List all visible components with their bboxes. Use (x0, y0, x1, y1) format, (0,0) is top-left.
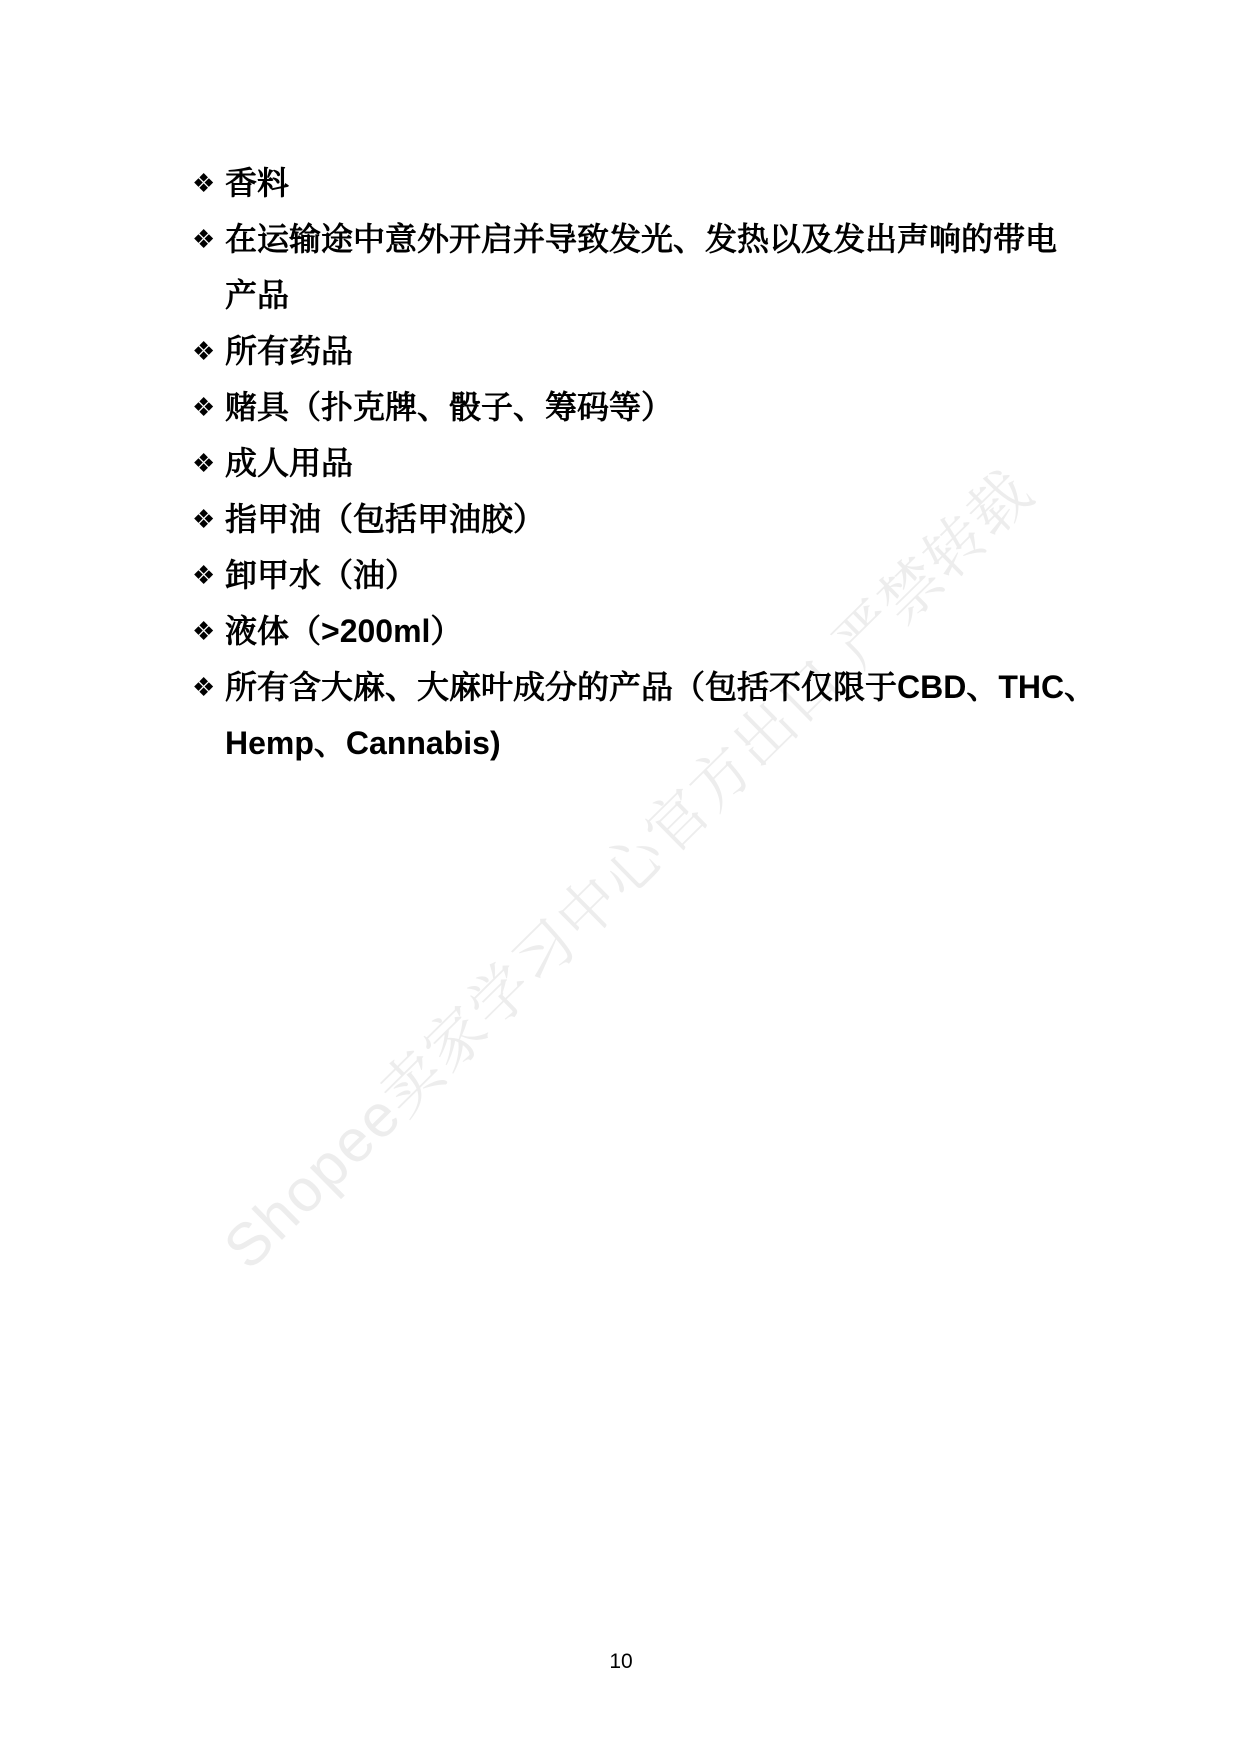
page-number: 10 (0, 1648, 1242, 1676)
list-item-text: 产品 (225, 267, 1152, 323)
list-item-text: 成人用品 (225, 435, 1152, 491)
list-item-text: 液体（>200ml） (225, 603, 1152, 659)
diamond-bullet-icon: ❖ (192, 659, 225, 715)
list-item: ❖ 在运输途中意外开启并导致发光、发热以及发出声响的带电 产品 (192, 211, 1152, 323)
list-item: ❖ 赌具（扑克牌、骰子、筹码等） (192, 379, 1152, 435)
list-item-text: 指甲油（包括甲油胶） (225, 491, 1152, 547)
list-item-text: 在运输途中意外开启并导致发光、发热以及发出声响的带电 (225, 211, 1152, 267)
list-item-text: 卸甲水（油） (225, 547, 1152, 603)
diamond-bullet-icon: ❖ (192, 435, 225, 491)
list-item-text: 所有药品 (225, 323, 1152, 379)
list-item: ❖ 液体（>200ml） (192, 603, 1152, 659)
list-item-text: 香料 (225, 155, 1152, 211)
list-item: ❖ 卸甲水（油） (192, 547, 1152, 603)
list-item: ❖ 指甲油（包括甲油胶） (192, 491, 1152, 547)
diamond-bullet-icon: ❖ (192, 379, 225, 435)
list-item-text: 赌具（扑克牌、骰子、筹码等） (225, 379, 1152, 435)
list-item-text: Hemp、Cannabis) (225, 715, 1152, 771)
list-item: ❖ 香料 (192, 155, 1152, 211)
diamond-bullet-icon: ❖ (192, 155, 225, 211)
list-item: ❖ 成人用品 (192, 435, 1152, 491)
list-item: ❖ 所有药品 (192, 323, 1152, 379)
prohibited-items-list: ❖ 香料 ❖ 在运输途中意外开启并导致发光、发热以及发出声响的带电 产品 ❖ 所… (192, 155, 1152, 771)
diamond-bullet-icon: ❖ (192, 211, 225, 267)
diamond-bullet-icon: ❖ (192, 547, 225, 603)
list-item-text: 所有含大麻、大麻叶成分的产品（包括不仅限于CBD、THC、 (225, 659, 1152, 715)
diamond-bullet-icon: ❖ (192, 491, 225, 547)
list-item: ❖ 所有含大麻、大麻叶成分的产品（包括不仅限于CBD、THC、 Hemp、Can… (192, 659, 1152, 771)
document-page: Shopee卖家学习中心官方出口 严禁转载 ❖ 香料 ❖ 在运输途中意外开启并导… (0, 0, 1242, 1755)
diamond-bullet-icon: ❖ (192, 603, 225, 659)
diamond-bullet-icon: ❖ (192, 323, 225, 379)
